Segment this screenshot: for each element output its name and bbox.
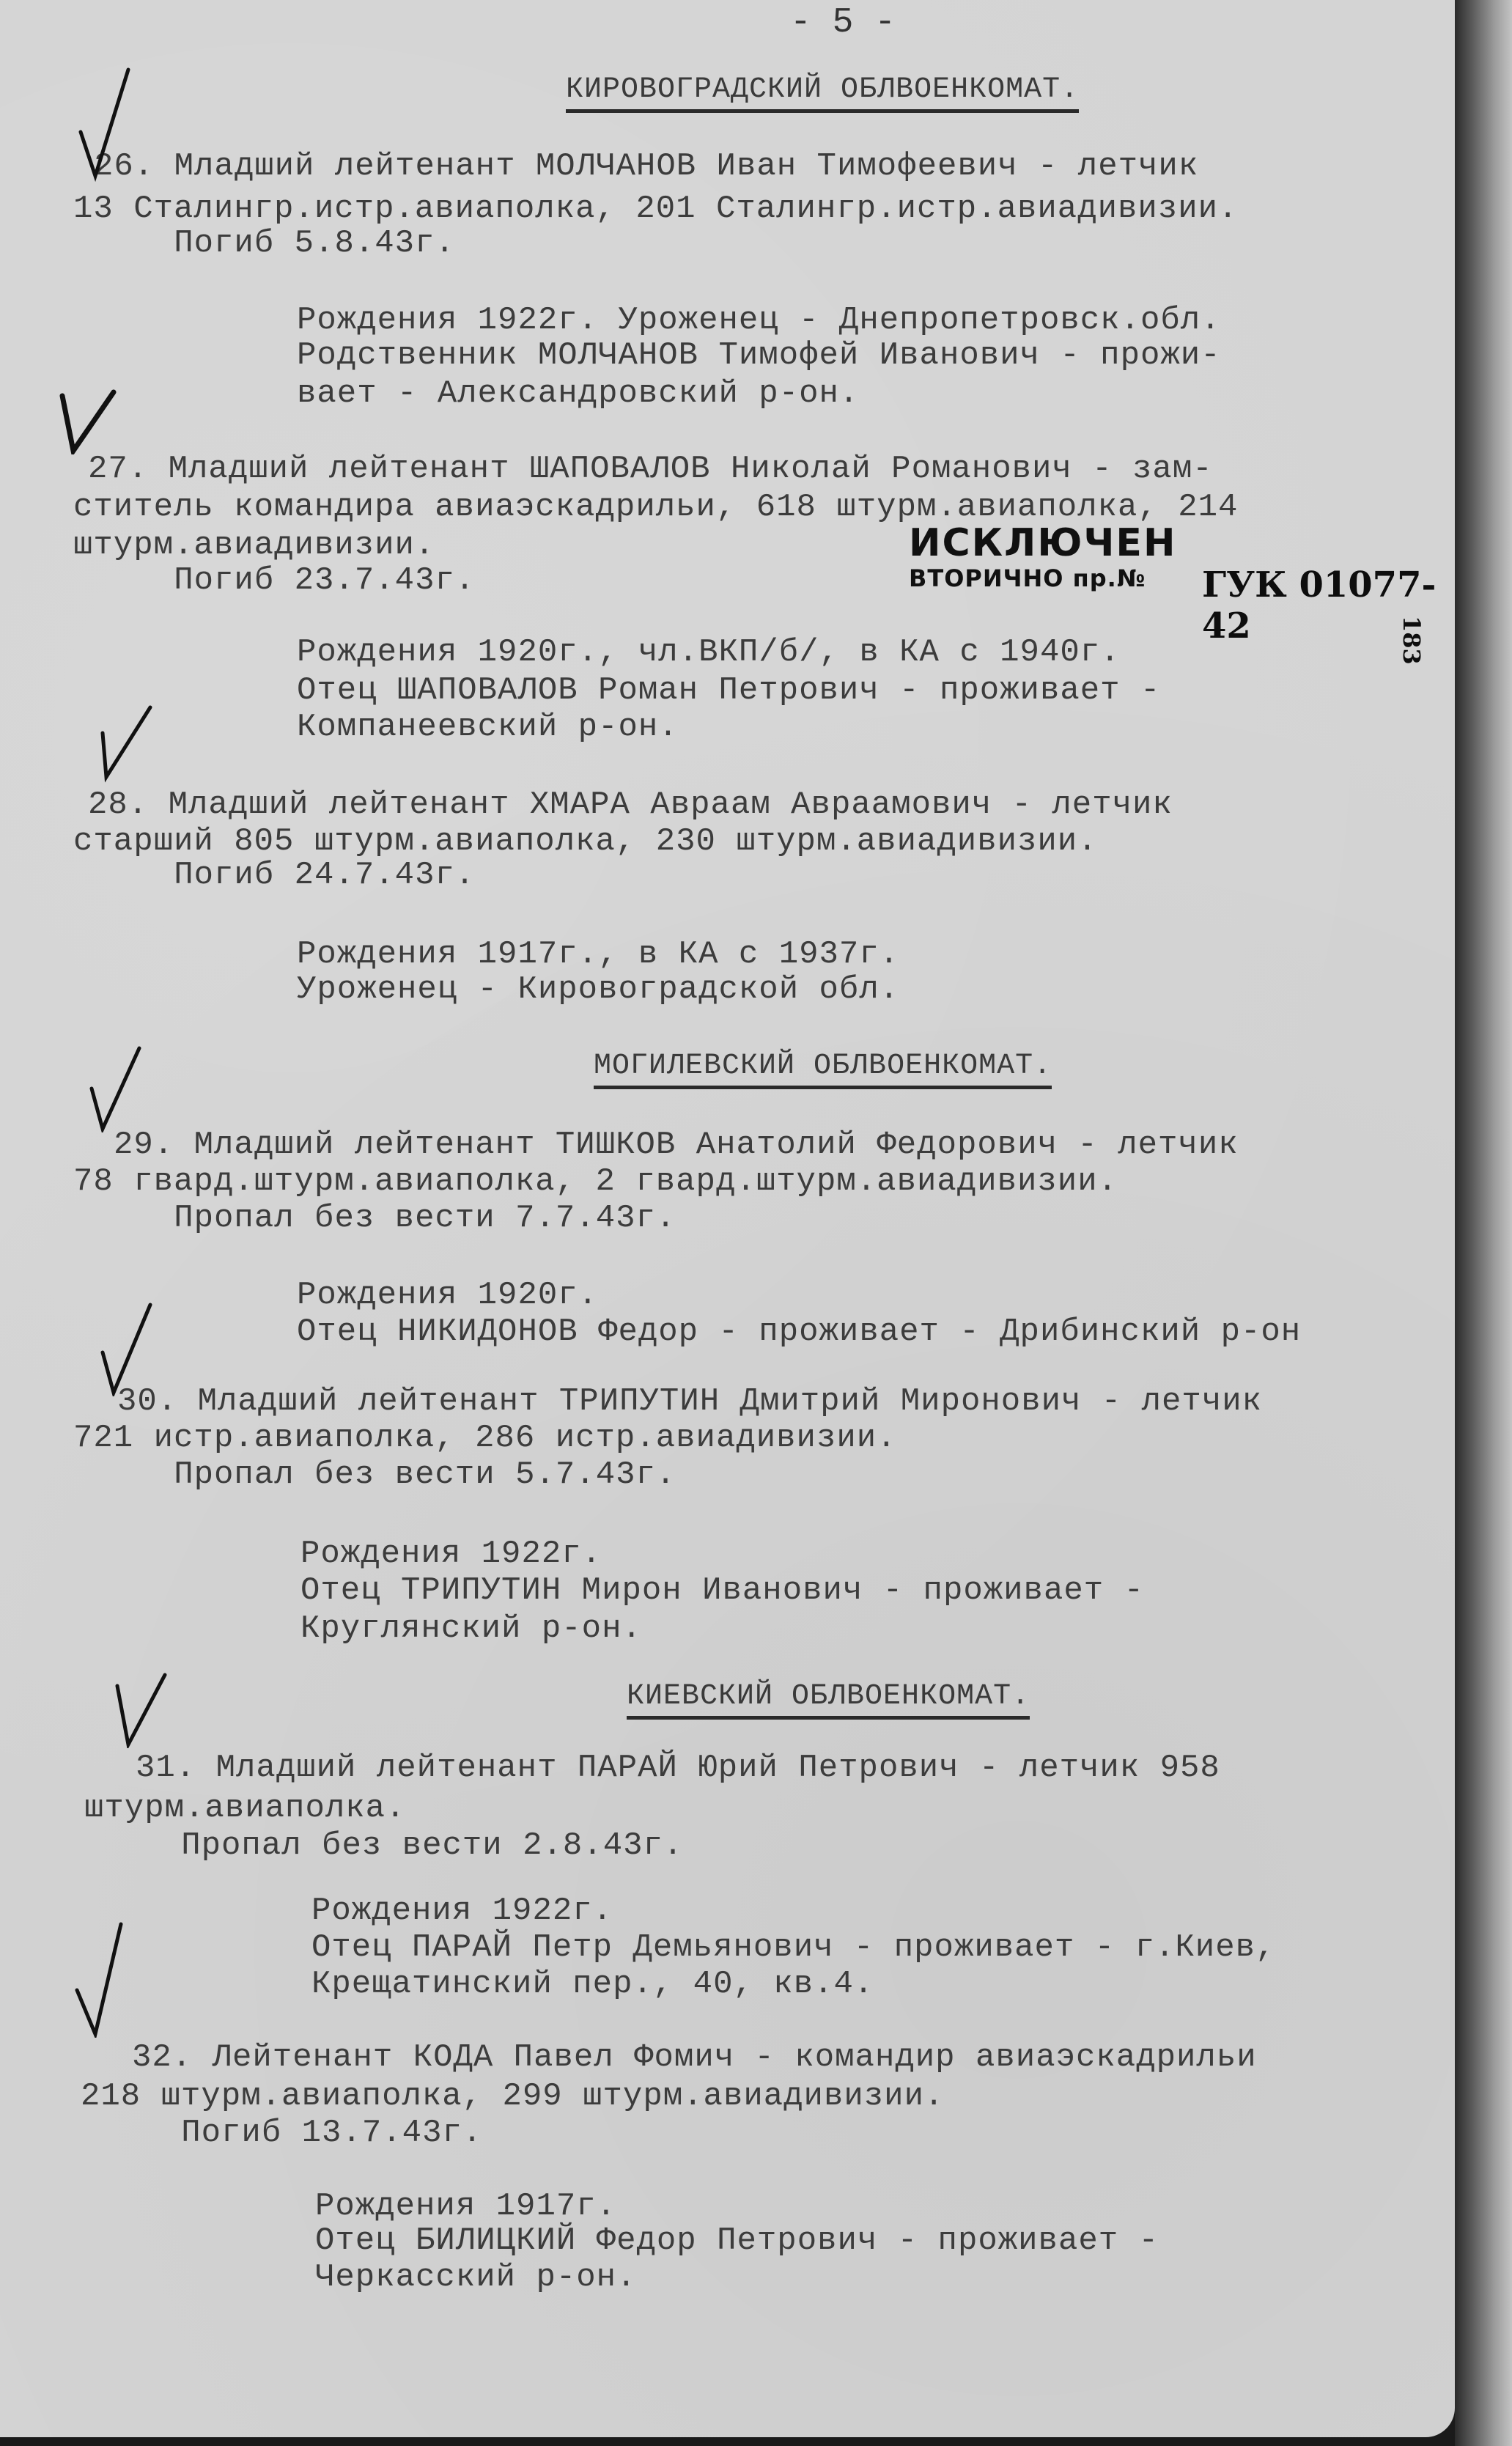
- entry-32-line-3: Погиб 13.7.43г.: [121, 2117, 482, 2149]
- entry-32-detail-2: Отец БИЛИЦКИЙ Федор Петрович - проживает…: [315, 2225, 1159, 2257]
- entry-29-line-3: Пропал без вести 7.7.43г.: [114, 1202, 676, 1234]
- checkmark-icon: [81, 1045, 147, 1132]
- page-number: - 5 -: [790, 3, 896, 43]
- handwritten-sheet-ref: 183: [1398, 616, 1426, 665]
- entry-27-line-2: ститель командира авиаэскадрильи, 618 шт…: [73, 491, 1238, 523]
- entry-31-line-2: штурм.авиаполка.: [84, 1792, 405, 1824]
- entry-26-detail-3: вает - Александровский р-он.: [297, 377, 859, 410]
- entry-31-detail-2: Отец ПАРАЙ Петр Демьянович - проживает -…: [311, 1931, 1275, 1964]
- entry-26-line-1: 26. Младший лейтенант МОЛЧАНОВ Иван Тимо…: [94, 150, 1198, 183]
- entry-28-line-3: Погиб 24.7.43г.: [114, 859, 475, 891]
- entry-28-detail-2: Уроженец - Кировоградской обл.: [297, 973, 899, 1006]
- entry-32-line-2: 218 штурм.авиаполка, 299 штурм.авиадивиз…: [81, 2080, 944, 2112]
- entry-30-line-3: Пропал без вести 5.7.43г.: [114, 1459, 676, 1491]
- stamp-line-1: ИСКЛЮЧЕН: [909, 524, 1176, 562]
- checkmark-icon: [92, 704, 158, 784]
- entry-31-line-1: 31. Младший лейтенант ПАРАЙ Юрий Петрови…: [136, 1752, 1220, 1784]
- entry-27-detail-1: Рождения 1920г., чл.ВКП/б/, в КА с 1940г…: [297, 636, 1121, 668]
- entry-27-line-3: штурм.авиадивизии.: [73, 529, 435, 561]
- book-binding-shadow: [1455, 0, 1512, 2446]
- checkmark-icon: [92, 1301, 158, 1396]
- entry-31-detail-1: Рождения 1922г.: [311, 1895, 613, 1927]
- entry-27-line-1: 27. Младший лейтенант ШАПОВАЛОВ Николай …: [88, 453, 1213, 485]
- entry-26-line-3: Погиб 5.8.43г.: [114, 227, 455, 259]
- entry-29-detail-2: Отец НИКИДОНОВ Федор - проживает - Дриби…: [297, 1316, 1301, 1348]
- entry-30-line-1: 30. Младший лейтенант ТРИПУТИН Дмитрий М…: [117, 1385, 1262, 1418]
- entry-29-detail-1: Рождения 1920г.: [297, 1279, 598, 1311]
- entry-28-line-2: старший 805 штурм.авиаполка, 230 штурм.а…: [73, 825, 1098, 858]
- section-header-kiev: КИЕВСКИЙ ОБЛВОЕНКОМАТ.: [627, 1680, 1030, 1720]
- checkmark-icon: [55, 381, 121, 454]
- entry-30-line-2: 721 истр.авиаполка, 286 истр.авиадивизии…: [73, 1422, 897, 1454]
- document-page: - 5 - КИРОВОГРАДСКИЙ ОБЛВОЕНКОМАТ. 26. М…: [0, 0, 1455, 2437]
- entry-27-detail-3: Компанеевский р-он.: [297, 711, 679, 743]
- entry-27-line-4: Погиб 23.7.43г.: [114, 564, 475, 597]
- entry-26-detail-2: Родственник МОЛЧАНОВ Тимофей Иванович - …: [297, 339, 1221, 372]
- entry-27-detail-2: Отец ШАПОВАЛОВ Роман Петрович - проживае…: [297, 674, 1160, 707]
- entry-29-line-2: 78 гвард.штурм.авиаполка, 2 гвард.штурм.…: [73, 1165, 1118, 1198]
- entry-28-detail-1: Рождения 1917г., в КА с 1937г.: [297, 938, 899, 970]
- entry-32-detail-1: Рождения 1917г.: [315, 2190, 616, 2222]
- entry-26-detail-1: Рождения 1922г. Уроженец - Днепропетровс…: [297, 304, 1221, 336]
- entry-29-line-1: 29. Младший лейтенант ТИШКОВ Анатолий Фе…: [114, 1129, 1239, 1161]
- entry-32-line-1: 32. Лейтенант КОДА Павел Фомич - команди…: [132, 2041, 1257, 2074]
- checkmark-icon: [66, 1920, 132, 2038]
- entry-30-detail-2: Отец ТРИПУТИН Мирон Иванович - проживает…: [300, 1574, 1144, 1607]
- section-header-mogilev: МОГИЛЕВСКИЙ ОБЛВОЕНКОМАТ.: [594, 1050, 1052, 1089]
- checkmark-icon: [110, 1671, 176, 1748]
- entry-31-detail-3: Крещатинский пер., 40, кв.4.: [311, 1968, 874, 2000]
- stamp-line-2: ВТОРИЧНО пр.№: [909, 567, 1176, 590]
- excluded-stamp: ИСКЛЮЧЕН ВТОРИЧНО пр.№: [909, 524, 1176, 590]
- entry-31-line-3: Пропал без вести 2.8.43г.: [121, 1830, 683, 1862]
- entry-32-detail-3: Черкасский р-он.: [315, 2261, 636, 2294]
- section-header-kirovograd: КИРОВОГРАДСКИЙ ОБЛВОЕНКОМАТ.: [566, 73, 1079, 113]
- entry-26-line-2: 13 Сталингр.истр.авиаполка, 201 Сталингр…: [73, 193, 1238, 225]
- entry-28-line-1: 28. Младший лейтенант ХМАРА Авраам Авраа…: [88, 789, 1173, 821]
- checkmark-icon: [70, 66, 136, 183]
- entry-30-detail-1: Рождения 1922г.: [300, 1538, 602, 1570]
- entry-30-detail-3: Круглянский р-он.: [300, 1613, 642, 1645]
